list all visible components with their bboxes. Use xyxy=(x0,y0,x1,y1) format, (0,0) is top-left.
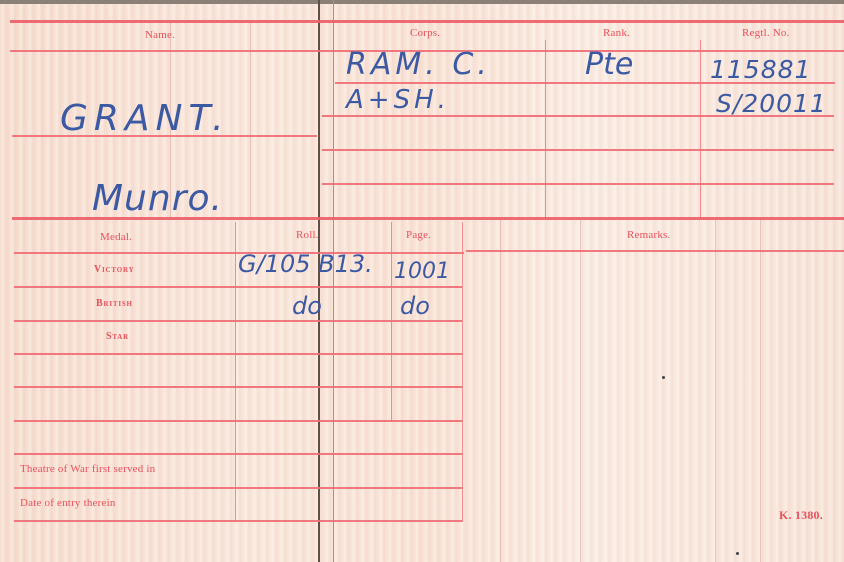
rule-row xyxy=(14,487,462,489)
rule-row xyxy=(14,320,462,322)
rule-medal-roll xyxy=(235,222,236,522)
regtl-no-entry-2: S/20011 xyxy=(716,89,827,118)
medal-british-label: British xyxy=(96,298,133,309)
header-corps: Corps. xyxy=(410,27,440,39)
paper-speck xyxy=(662,376,665,379)
paper-speck xyxy=(736,552,739,555)
medal-victory-label: Victory xyxy=(94,264,134,275)
header-remarks: Remarks. xyxy=(627,229,670,241)
rule-top xyxy=(10,20,844,23)
rule-page-remarks xyxy=(462,222,463,522)
header-page: Page. xyxy=(406,229,431,241)
header-regtl-no: Regtl. No. xyxy=(742,27,790,39)
rule-row xyxy=(14,386,462,388)
page-victory-entry: 1001 xyxy=(394,259,450,284)
header-medal: Medal. xyxy=(100,231,132,243)
binding-fold xyxy=(318,0,320,562)
rule-vertical xyxy=(580,220,581,562)
rule-corps-rank xyxy=(545,40,546,218)
forename-handwritten: Munro. xyxy=(92,178,223,219)
binding-fold-shadow xyxy=(333,0,334,562)
rule-row xyxy=(14,520,462,522)
date-of-entry-label: Date of entry therein xyxy=(20,497,116,509)
rule-vertical xyxy=(715,220,716,562)
form-number: K. 1380. xyxy=(779,508,823,523)
card-top-edge xyxy=(0,0,844,4)
surname-handwritten: GRANT. xyxy=(60,98,230,139)
rule-row xyxy=(322,183,834,185)
corps-entry-1: RAM. C. xyxy=(346,47,491,82)
header-name: Name. xyxy=(145,29,175,41)
regtl-no-entry-1: 115881 xyxy=(710,55,811,84)
rule-rank-regtl xyxy=(700,40,701,218)
rule-vertical xyxy=(500,220,501,562)
roll-british-entry: do xyxy=(292,292,322,320)
rule-vertical xyxy=(760,220,761,562)
page-british-entry: do xyxy=(400,292,430,320)
corps-entry-2: A+SH. xyxy=(346,85,450,115)
roll-victory-entry: G/105 B13. xyxy=(238,250,373,278)
rule-row xyxy=(14,453,462,455)
medal-star-label: Star xyxy=(106,331,129,342)
theatre-of-war-label: Theatre of War first served in xyxy=(20,463,155,475)
header-roll: Roll. xyxy=(296,229,319,241)
rule-row xyxy=(14,286,462,288)
rule-row xyxy=(322,149,834,151)
medal-index-card: Name. Corps. Rank. Regtl. No. GRANT. Mun… xyxy=(0,0,844,562)
rule-row xyxy=(14,420,462,422)
header-rank: Rank. xyxy=(603,27,630,39)
rank-entry: Pte xyxy=(585,47,633,82)
rule-row xyxy=(14,353,462,355)
rule-remarks-header xyxy=(466,250,844,252)
